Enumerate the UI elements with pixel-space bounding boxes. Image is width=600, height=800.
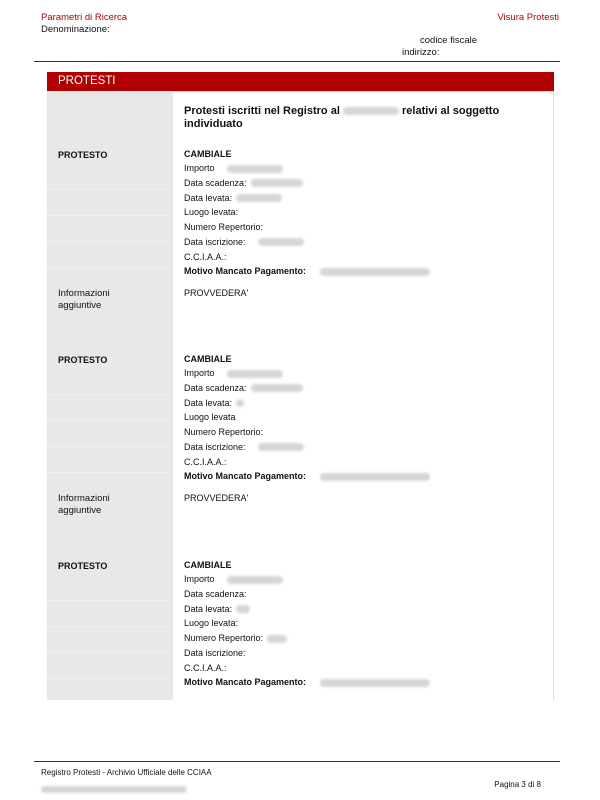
field-label: Data levata:	[184, 604, 232, 614]
row-separator	[47, 189, 173, 190]
protesto-field: Importo	[184, 161, 430, 176]
protesto-field: Data scadenza:	[184, 176, 430, 191]
intro-text-before: Protesti iscritti nel Registro al	[184, 105, 340, 117]
protesti-table: PROTESTI PROTESTOInformazioni aggiuntive…	[47, 72, 554, 700]
info-label: Informazioni aggiuntive	[58, 493, 128, 517]
protesto-block: CAMBIALEImportoData scadenza:Data levata…	[184, 559, 430, 690]
section-intro: Protesti iscritti nel Registro al relati…	[184, 105, 524, 131]
protesto-type: CAMBIALE	[184, 148, 430, 161]
field-label: Data iscrizione:	[184, 648, 246, 658]
row-separator	[47, 600, 173, 601]
redacted-date	[343, 107, 399, 115]
search-params-label: Parametri di Ricerca	[41, 12, 127, 24]
field-label: C.C.I.A.A.:	[184, 457, 227, 467]
field-label: Data scadenza:	[184, 383, 247, 393]
protesto-field: Luogo levata:	[184, 205, 430, 220]
protesto-field: C.C.I.A.A.:	[184, 661, 430, 676]
protesto-label: PROTESTO	[58, 561, 107, 571]
redacted-value	[251, 384, 303, 392]
protesto-field: Luogo levata:	[184, 616, 430, 631]
row-separator	[47, 420, 173, 421]
field-label: Numero Repertorio:	[184, 222, 263, 232]
redacted-value	[227, 576, 283, 584]
redacted-value	[251, 179, 303, 187]
field-label: Motivo Mancato Pagamento:	[184, 471, 306, 481]
footer-archive-label: Registro Protesti - Archivio Ufficiale d…	[41, 768, 212, 777]
field-label: Numero Repertorio:	[184, 427, 263, 437]
protesto-field: Data iscrizione:	[184, 235, 430, 250]
row-separator	[47, 472, 173, 473]
redacted-value	[236, 399, 244, 407]
protesto-field: Motivo Mancato Pagamento:	[184, 675, 430, 690]
protesto-field: Numero Repertorio:	[184, 631, 430, 646]
field-label: Data levata:	[184, 398, 232, 408]
field-label: Luogo levata	[184, 412, 236, 422]
protesto-block: CAMBIALEImportoData scadenza:Data levata…	[184, 148, 430, 279]
row-separator	[47, 267, 173, 268]
footer-document-code	[41, 781, 187, 799]
redacted-value	[236, 605, 250, 613]
protesto-label: PROTESTO	[58, 355, 107, 365]
protesto-field: Numero Repertorio:	[184, 425, 430, 440]
protesto-field: Data iscrizione:	[184, 440, 430, 455]
protesto-field: Data levata:	[184, 396, 430, 411]
protesto-block: CAMBIALEImportoData scadenza:Data levata…	[184, 353, 430, 484]
redacted-value	[227, 165, 283, 173]
field-label: Numero Repertorio:	[184, 633, 263, 643]
redacted-value	[320, 679, 430, 687]
field-label: Data levata:	[184, 193, 232, 203]
field-label: Motivo Mancato Pagamento:	[184, 677, 306, 687]
footer-divider	[34, 761, 560, 762]
protesto-label: PROTESTO	[58, 150, 107, 160]
protesto-field: Importo	[184, 572, 430, 587]
protesto-field: Data levata:	[184, 602, 430, 617]
denominazione-label: Denominazione:	[41, 24, 127, 36]
protesto-field: Numero Repertorio:	[184, 220, 430, 235]
info-value: PROVVEDERA'	[184, 288, 248, 298]
page-number: Pagina 3 di 8	[494, 780, 541, 789]
label-column: PROTESTOInformazioni aggiuntivePROTESTOI…	[47, 91, 173, 700]
protesto-field: Importo	[184, 366, 430, 381]
redacted-document-code	[41, 786, 187, 793]
search-params: Parametri di Ricerca Denominazione:	[41, 12, 127, 36]
field-label: Importo	[184, 163, 215, 173]
field-label: Importo	[184, 574, 215, 584]
redacted-value	[267, 635, 287, 643]
protesto-field: Data scadenza:	[184, 381, 430, 396]
field-label: Importo	[184, 368, 215, 378]
row-separator	[47, 626, 173, 627]
field-label: C.C.I.A.A.:	[184, 252, 227, 262]
protesto-field: C.C.I.A.A.:	[184, 250, 430, 265]
header-divider	[34, 61, 560, 62]
field-label: Motivo Mancato Pagamento:	[184, 266, 306, 276]
protesto-type: CAMBIALE	[184, 559, 430, 572]
field-label: Data iscrizione:	[184, 442, 246, 452]
field-label: Luogo levata:	[184, 618, 238, 628]
protesti-table-body: PROTESTOInformazioni aggiuntivePROTESTOI…	[47, 91, 554, 700]
protesto-field: Data iscrizione:	[184, 646, 430, 661]
protesto-field: C.C.I.A.A.:	[184, 455, 430, 470]
field-label: Data iscrizione:	[184, 237, 246, 247]
row-separator	[47, 678, 173, 679]
codice-fiscale-label: codice fiscale	[420, 35, 477, 46]
field-label: Data scadenza:	[184, 178, 247, 188]
row-separator	[47, 446, 173, 447]
redacted-value	[236, 194, 282, 202]
redacted-value	[258, 238, 304, 246]
protesto-field: Motivo Mancato Pagamento:	[184, 264, 430, 279]
redacted-value	[258, 443, 304, 451]
protesto-type: CAMBIALE	[184, 353, 430, 366]
field-label: Data scadenza:	[184, 589, 247, 599]
field-label: Luogo levata:	[184, 207, 238, 217]
row-separator	[47, 241, 173, 242]
row-separator	[47, 215, 173, 216]
protesto-field: Motivo Mancato Pagamento:	[184, 469, 430, 484]
info-value: PROVVEDERA'	[184, 493, 248, 503]
row-separator	[47, 394, 173, 395]
protesto-field: Data levata:	[184, 191, 430, 206]
row-separator	[47, 652, 173, 653]
indirizzo-label: indirizzo:	[402, 47, 440, 58]
info-label: Informazioni aggiuntive	[58, 288, 128, 312]
protesto-field: Data scadenza:	[184, 587, 430, 602]
redacted-value	[227, 370, 283, 378]
protesto-field: Luogo levata	[184, 410, 430, 425]
section-title: PROTESTI	[47, 72, 554, 91]
field-label: C.C.I.A.A.:	[184, 663, 227, 673]
redacted-value	[320, 268, 430, 276]
redacted-value	[320, 473, 430, 481]
document-title: Visura Protesti	[497, 12, 559, 23]
